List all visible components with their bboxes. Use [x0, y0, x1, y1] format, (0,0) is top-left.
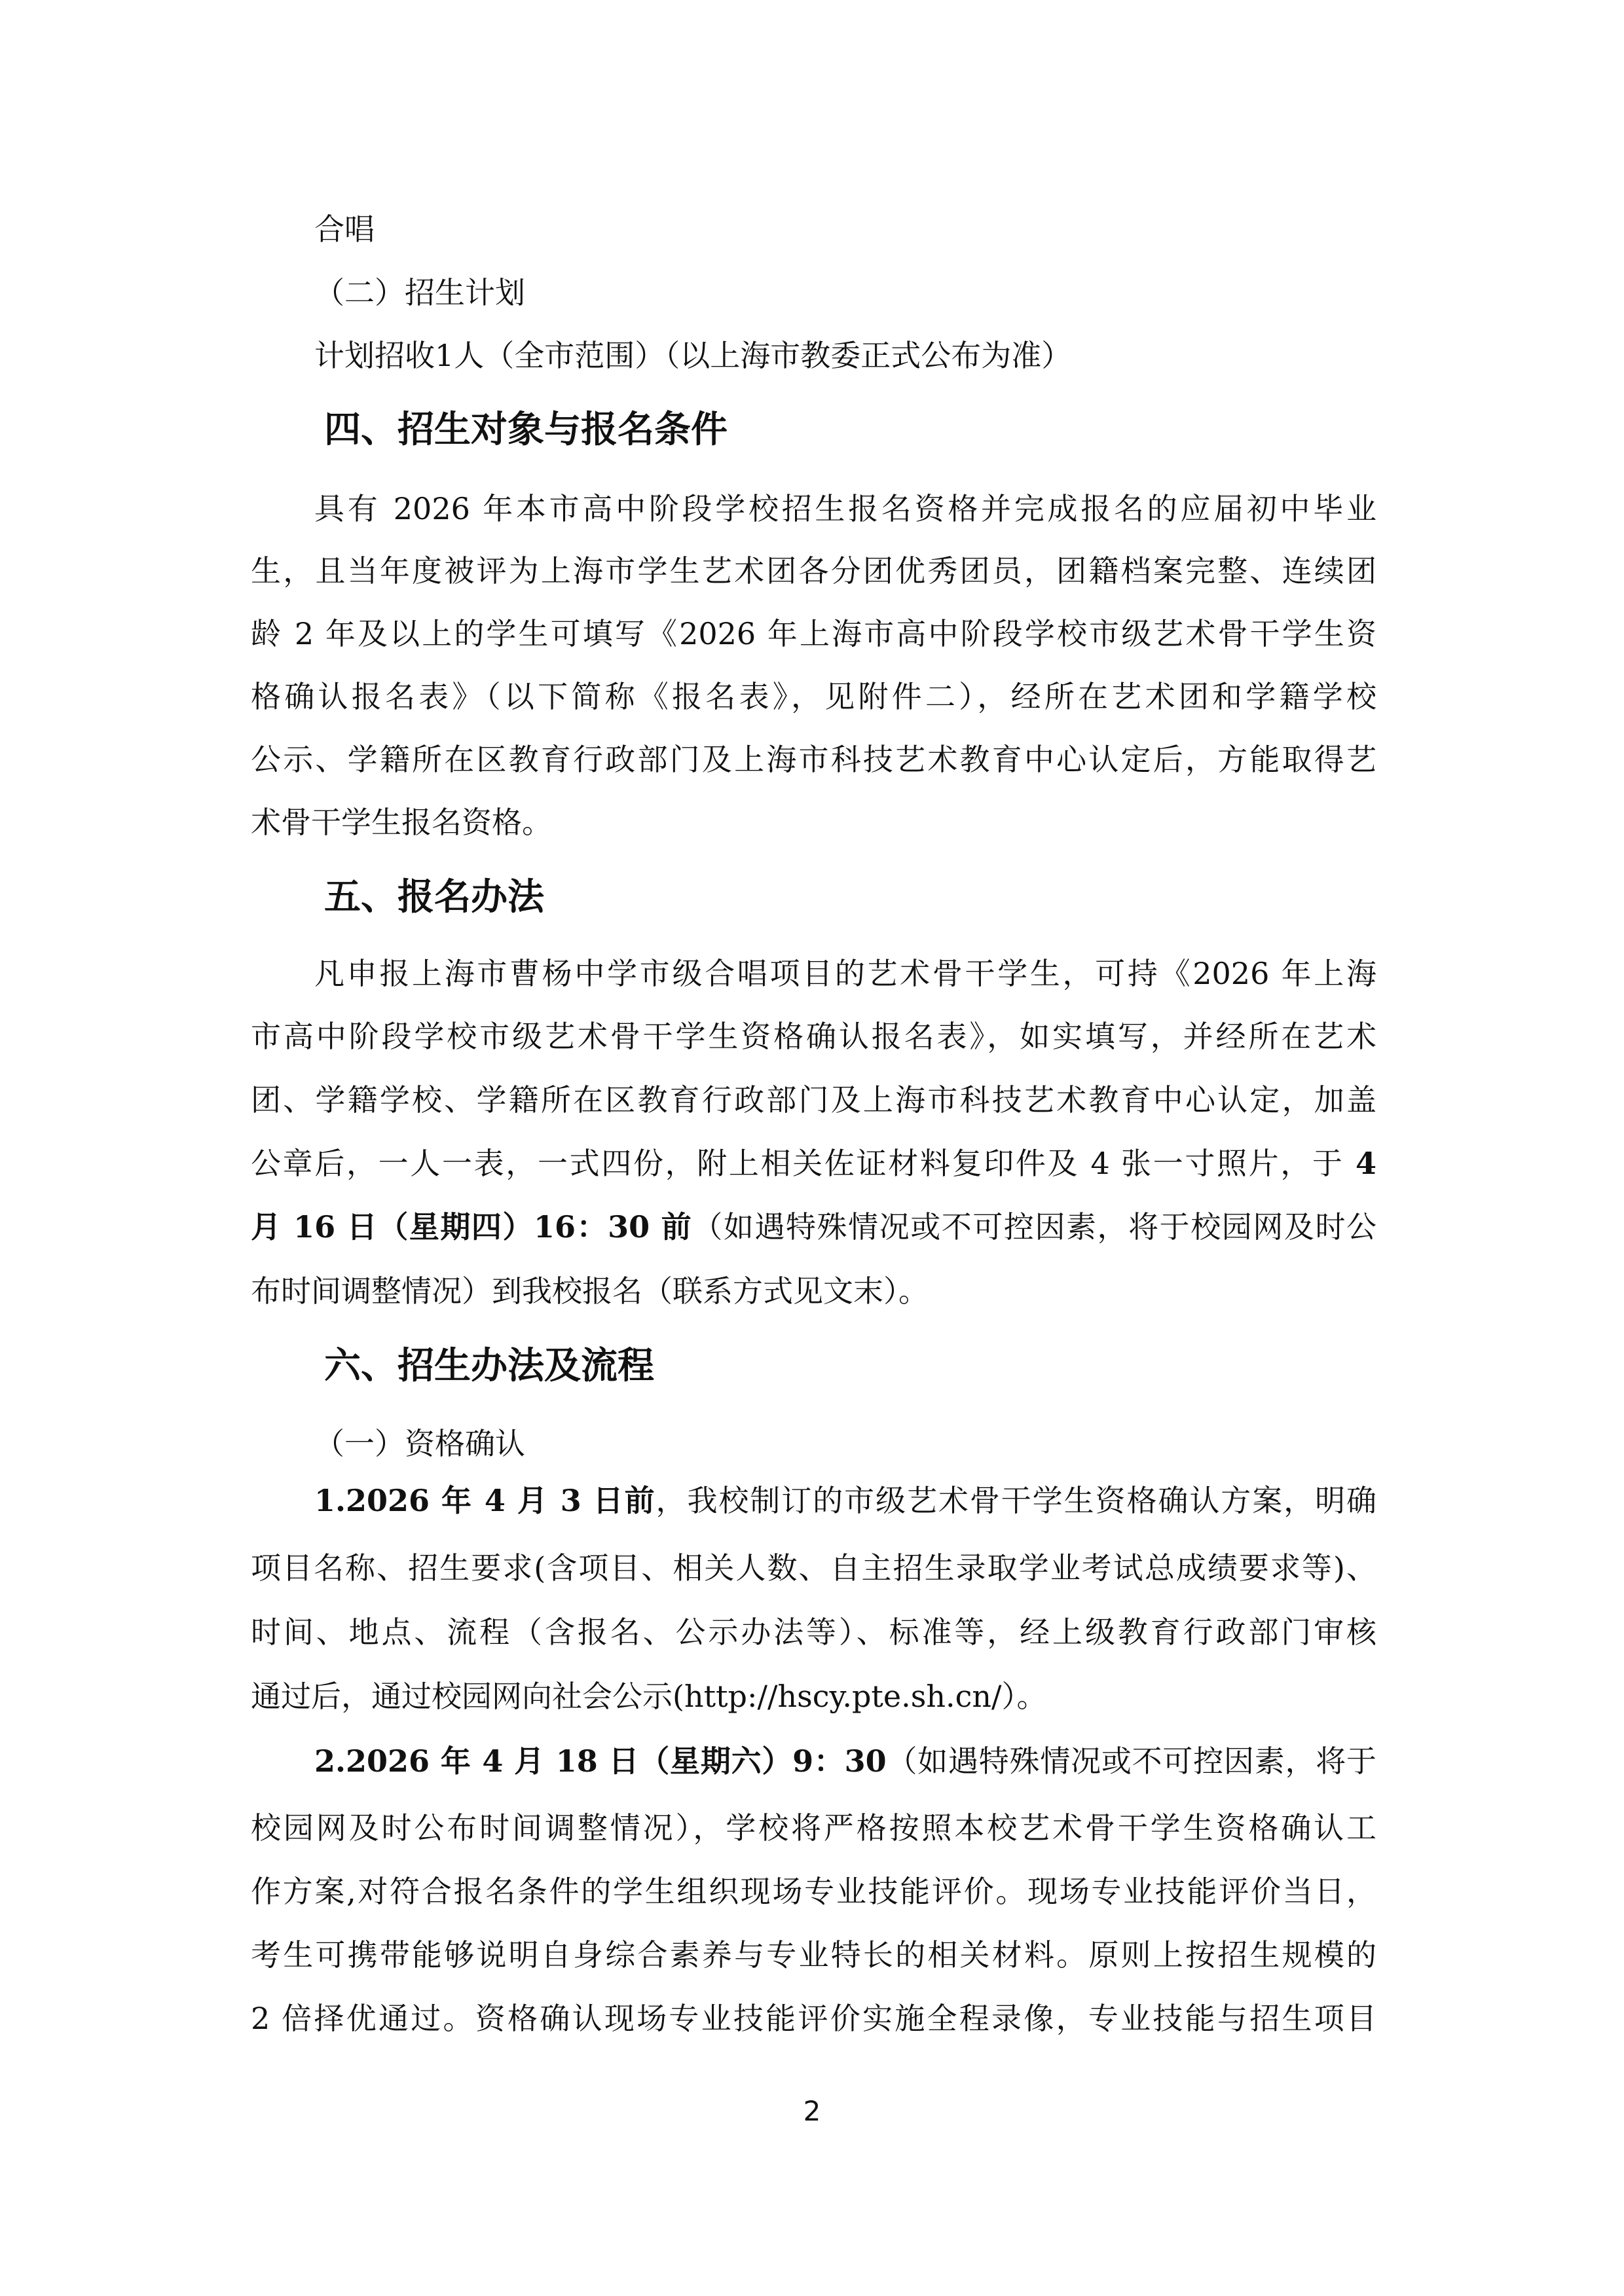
heading-section-5: 五、报名办法: [324, 875, 544, 920]
text-segment: 布时间调整情况）到我校报名（联系方式见文末）。: [251, 1273, 929, 1309]
paragraph-line: 公示、学籍所在区教育行政部门及上海市科技艺术教育中心认定后，方能取得艺: [251, 740, 1376, 779]
paragraph-line: 市高中阶段学校市级艺术骨干学生资格确认报名表》，如实填写，并经所在艺术: [251, 1017, 1376, 1056]
text-segment: 生，且当年度被评为上海市学生艺术团各分团优秀团员，团籍档案完整、连续团: [251, 553, 1376, 589]
paragraph-line: 生，且当年度被评为上海市学生艺术团各分团优秀团员，团籍档案完整、连续团: [251, 551, 1376, 591]
document-page: 合唱 （二）招生计划 计划招收1人（全市范围）（以上海市教委正式公布为准） 四、…: [0, 0, 1624, 2296]
paragraph-line: 具有 2026 年本市高中阶段学校招生报名资格并完成报名的应届初中毕业: [314, 489, 1376, 528]
text-segment: 术骨干学生报名资格。: [251, 805, 552, 840]
paragraph-line: 格确认报名表》（以下简称《报名表》，见附件二），经所在艺术团和学籍学校: [251, 677, 1376, 716]
bold-text-segment: 4: [1356, 1146, 1376, 1181]
paragraph-line: 公章后，一人一表，一式四份，附上相关佐证材料复印件及 4 张一寸照片，于 4: [251, 1144, 1376, 1183]
text-segment: 团、学籍学校、学籍所在区教育行政部门及上海市科技艺术教育中心认定，加盖: [251, 1082, 1376, 1118]
paragraph-line: 考生可携带能够说明自身综合素养与专业特长的相关材料。原则上按招生规模的: [251, 1935, 1376, 1975]
text-segment: （如遇特殊情况或不可控因素，将于: [887, 1743, 1376, 1779]
paragraph-line: 通过后，通过校园网向社会公示(http://hscy.pte.sh.cn/）。: [251, 1677, 1376, 1716]
project-name: 合唱: [314, 210, 375, 249]
text-segment: 作方案,对符合报名条件的学生组织现场专业技能评价。现场专业技能评价当日，: [251, 1874, 1376, 1909]
text-segment: 时间、地点、流程（含报名、公示办法等）、标准等，经上级教育行政部门审核: [251, 1614, 1376, 1650]
text-segment: 通过后，通过校园网向社会公示(http://hscy.pte.sh.cn/）。: [251, 1679, 1047, 1714]
paragraph-line: 龄 2 年及以上的学生可填写《2026 年上海市高中阶段学校市级艺术骨干学生资: [251, 614, 1376, 653]
paragraph-line: 2.2026 年 4 月 18 日（星期六）9：30（如遇特殊情况或不可控因素，…: [314, 1741, 1376, 1781]
heading-section-4: 四、招生对象与报名条件: [324, 407, 728, 453]
text-segment: 凡申报上海市曹杨中学市级合唱项目的艺术骨干学生，可持《2026 年上海: [314, 956, 1376, 991]
text-segment: （如遇特殊情况或不可控因素，将于校园网及时公: [692, 1209, 1376, 1245]
bold-text-segment: 月 16 日（星期四）16：30 前: [251, 1209, 692, 1245]
paragraph-line: 布时间调整情况）到我校报名（联系方式见文末）。: [251, 1271, 1376, 1311]
text-segment: 校园网及时公布时间调整情况），学校将严格按照本校艺术骨干学生资格确认工: [251, 1810, 1376, 1846]
enrollment-plan-text: 计划招收1人（全市范围）（以上海市教委正式公布为准）: [314, 336, 1071, 375]
page-number: 2: [792, 2092, 832, 2131]
paragraph-line: 月 16 日（星期四）16：30 前（如遇特殊情况或不可控因素，将于校园网及时公: [251, 1207, 1376, 1247]
text-segment: 龄 2 年及以上的学生可填写《2026 年上海市高中阶段学校市级艺术骨干学生资: [251, 616, 1376, 651]
heading-section-6: 六、招生办法及流程: [324, 1343, 654, 1389]
paragraph-line: 术骨干学生报名资格。: [251, 803, 1376, 842]
paragraph-line: 团、学籍学校、学籍所在区教育行政部门及上海市科技艺术教育中心认定，加盖: [251, 1080, 1376, 1120]
subheading-qualification: （一）资格确认: [314, 1424, 525, 1463]
text-segment: 市高中阶段学校市级艺术骨干学生资格确认报名表》，如实填写，并经所在艺术: [251, 1019, 1376, 1054]
paragraph-line: 作方案,对符合报名条件的学生组织现场专业技能评价。现场专业技能评价当日，: [251, 1872, 1376, 1911]
paragraph-line: 1.2026 年 4 月 3 日前，我校制订的市级艺术骨干学生资格确认方案，明确: [314, 1481, 1376, 1520]
text-segment: 公示、学籍所在区教育行政部门及上海市科技艺术教育中心认定后，方能取得艺: [251, 742, 1376, 777]
paragraph-line: 时间、地点、流程（含报名、公示办法等）、标准等，经上级教育行政部门审核: [251, 1613, 1376, 1652]
text-segment: 2 倍择优通过。资格确认现场专业技能评价实施全程录像，专业技能与招生项目: [251, 2001, 1376, 2036]
text-segment: 格确认报名表》（以下简称《报名表》，见附件二），经所在艺术团和学籍学校: [251, 679, 1376, 714]
bold-text-segment: 1.2026 年 4 月 3 日前: [314, 1483, 656, 1518]
text-segment: 公章后，一人一表，一式四份，附上相关佐证材料复印件及 4 张一寸照片，于: [251, 1146, 1356, 1181]
text-segment: 考生可携带能够说明自身综合素养与专业特长的相关材料。原则上按招生规模的: [251, 1937, 1376, 1973]
subheading-enrollment-plan: （二）招生计划: [314, 273, 525, 312]
paragraph-line: 2 倍择优通过。资格确认现场专业技能评价实施全程录像，专业技能与招生项目: [251, 1999, 1376, 2038]
bold-text-segment: 2.2026 年 4 月 18 日（星期六）9：30: [314, 1743, 887, 1779]
paragraph-line: 项目名称、招生要求(含项目、相关人数、自主招生录取学业考试总成绩要求等)、: [251, 1548, 1376, 1588]
text-segment: 项目名称、招生要求(含项目、相关人数、自主招生录取学业考试总成绩要求等)、: [251, 1550, 1376, 1586]
text-segment: ，我校制订的市级艺术骨干学生资格确认方案，明确: [656, 1483, 1376, 1518]
paragraph-line: 校园网及时公布时间调整情况），学校将严格按照本校艺术骨干学生资格确认工: [251, 1808, 1376, 1848]
paragraph-line: 凡申报上海市曹杨中学市级合唱项目的艺术骨干学生，可持《2026 年上海: [314, 954, 1376, 993]
text-segment: 具有 2026 年本市高中阶段学校招生报名资格并完成报名的应届初中毕业: [314, 491, 1376, 526]
